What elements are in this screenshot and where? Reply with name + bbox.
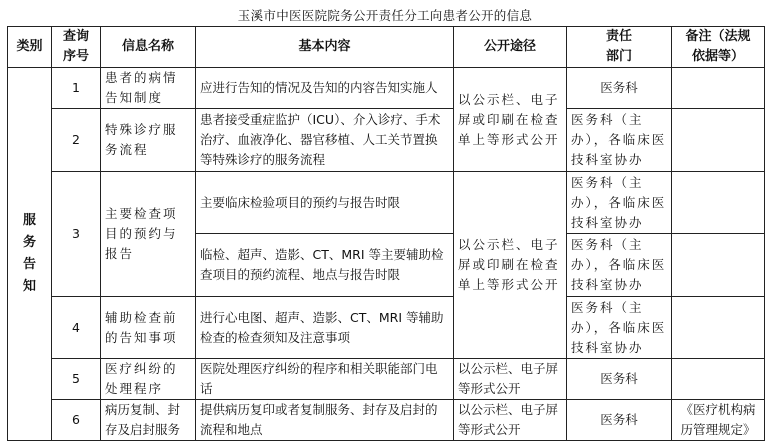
- info-name-cell: 患者的病情告知制度: [101, 68, 196, 109]
- info-name-cell: 特殊诊疗服务流程: [101, 109, 196, 172]
- disclosure-table: 类别 查询 序号 信息名称 基本内容 公开途径 责任 部门 备注（法规 依据等）…: [7, 26, 765, 441]
- category-char: 务: [12, 232, 47, 254]
- remark-cell: [672, 234, 765, 297]
- remark-cell: [672, 359, 765, 400]
- table-row: 6 病历复制、封存及启封服务 提供病历复印或者复制服务、封存及启封的流程和地点 …: [8, 400, 765, 441]
- seq-cell: 4: [52, 297, 101, 359]
- info-name-cell: 主要检查项目的预约与报告: [101, 172, 196, 297]
- content-cell: 主要临床检验项目的预约与报告时限: [196, 172, 454, 234]
- dept-cell: 医务科（主办），各临床医技科室协办: [567, 297, 672, 359]
- header-remark: 备注（法规 依据等）: [672, 27, 765, 68]
- seq-cell: 3: [52, 172, 101, 297]
- header-dept-line2: 部门: [571, 47, 667, 67]
- table-row: 2 特殊诊疗服务流程 患者接受重症监护（ICU）、介入诊疗、手术治疗、血液净化、…: [8, 109, 765, 172]
- content-cell: 患者接受重症监护（ICU）、介入诊疗、手术治疗、血液净化、器官移植、人工关节置换…: [196, 109, 454, 172]
- header-seq-line2: 序号: [56, 47, 96, 67]
- table-row: 3 主要检查项目的预约与报告 主要临床检验项目的预约与报告时限 以公示栏、电子屏…: [8, 172, 765, 234]
- channel-cell: 以公示栏、电子屏等形式公开: [454, 400, 567, 441]
- document-title: 玉溪市中医医院院务公开责任分工向患者公开的信息: [0, 6, 770, 24]
- header-content: 基本内容: [196, 27, 454, 68]
- info-name-cell: 辅助检查前的告知事项: [101, 297, 196, 359]
- info-name-cell: 病历复制、封存及启封服务: [101, 400, 196, 441]
- channel-cell: 以公示栏、电子屏等形式公开: [454, 359, 567, 400]
- header-seq: 查询 序号: [52, 27, 101, 68]
- table-row: 服 务 告 知 1 患者的病情告知制度 应进行告知的情况及告知的内容告知实施人 …: [8, 68, 765, 109]
- category-char: 告: [12, 254, 47, 276]
- remark-cell: 《医疗机构病历管理规定》: [672, 400, 765, 441]
- dept-cell: 医务科（主办），各临床医技科室协办: [567, 234, 672, 297]
- header-seq-line1: 查询: [56, 27, 96, 47]
- category-cell: 服 务 告 知: [8, 68, 52, 441]
- header-dept-line1: 责任: [571, 27, 667, 47]
- content-cell: 提供病历复印或者复制服务、封存及启封的流程和地点: [196, 400, 454, 441]
- dept-cell: 医务科: [567, 359, 672, 400]
- header-row: 类别 查询 序号 信息名称 基本内容 公开途径 责任 部门 备注（法规 依据等）: [8, 27, 765, 68]
- table-row: 4 辅助检查前的告知事项 进行心电图、超声、造影、CT、MRI 等辅助检查的检查…: [8, 297, 765, 359]
- dept-cell: 医务科（主办），各临床医技科室协办: [567, 172, 672, 234]
- header-remark-line1: 备注（法规: [676, 27, 760, 47]
- seq-cell: 1: [52, 68, 101, 109]
- remark-cell: [672, 172, 765, 234]
- category-char: 知: [12, 276, 47, 298]
- header-remark-line2: 依据等）: [676, 47, 760, 67]
- remark-cell: [672, 109, 765, 172]
- dept-cell: 医务科: [567, 68, 672, 109]
- content-cell: 应进行告知的情况及告知的内容告知实施人: [196, 68, 454, 109]
- header-dept: 责任 部门: [567, 27, 672, 68]
- seq-cell: 5: [52, 359, 101, 400]
- content-cell: 进行心电图、超声、造影、CT、MRI 等辅助检查的检查须知及注意事项: [196, 297, 454, 359]
- header-category: 类别: [8, 27, 52, 68]
- info-name-cell: 医疗纠纷的处理程序: [101, 359, 196, 400]
- category-char: 服: [12, 210, 47, 232]
- dept-cell: 医务科（主办），各临床医技科室协办: [567, 109, 672, 172]
- channel-cell: 以公示栏、电子屏或印刷在检查单上等形式公开: [454, 172, 567, 359]
- table-row: 5 医疗纠纷的处理程序 医院处理医疗纠纷的程序和相关职能部门电话 以公示栏、电子…: [8, 359, 765, 400]
- content-cell: 临检、超声、造影、CT、MRI 等主要辅助检查项目的预约流程、地点与报告时限: [196, 234, 454, 297]
- channel-cell: 以公示栏、电子屏或印刷在检查单上等形式公开: [454, 68, 567, 172]
- content-cell: 医院处理医疗纠纷的程序和相关职能部门电话: [196, 359, 454, 400]
- seq-cell: 6: [52, 400, 101, 441]
- seq-cell: 2: [52, 109, 101, 172]
- remark-cell: [672, 297, 765, 359]
- remark-cell: [672, 68, 765, 109]
- dept-cell: 医务科: [567, 400, 672, 441]
- header-channel: 公开途径: [454, 27, 567, 68]
- header-name: 信息名称: [101, 27, 196, 68]
